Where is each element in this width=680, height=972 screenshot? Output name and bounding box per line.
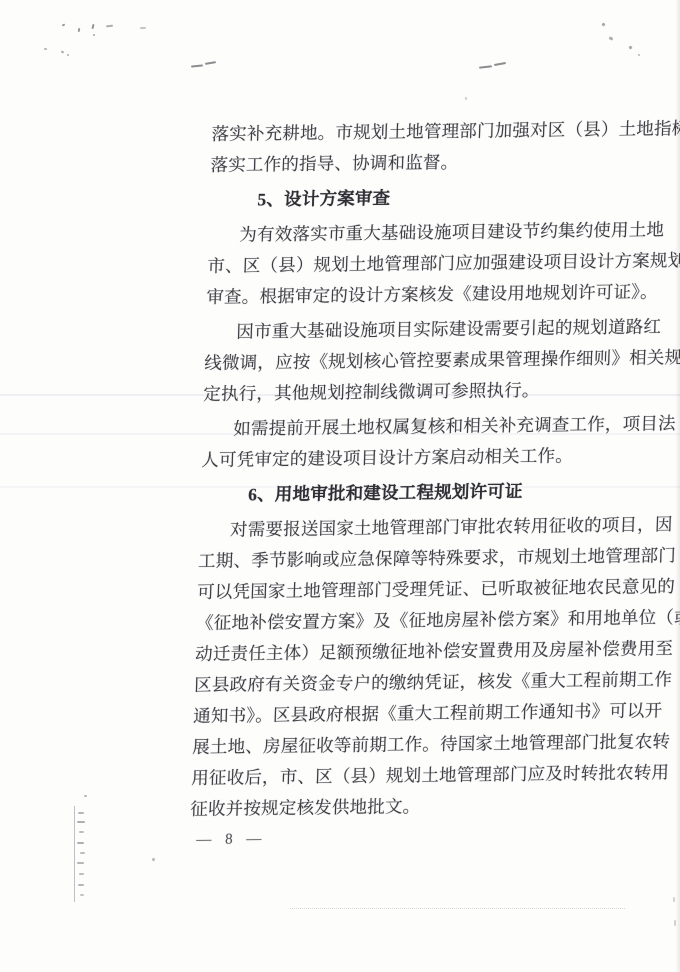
speck [93,34,95,36]
text-line: 线微调，应按《规划核心管控要素成果管理操作细则》相关规 [204,342,680,379]
bleed-mark [80,852,85,854]
text-line: 落实补充耕地。市规划土地管理部门加强对区（县）土地指标 [211,113,680,150]
pen-dash-mark [205,61,216,65]
speck [151,857,155,861]
pen-dash-mark [494,62,506,66]
bleed-mark [79,873,84,875]
bleed-mark [77,821,85,823]
speck [673,897,675,902]
speck [61,50,65,53]
bleed-mark [79,831,84,833]
speck [609,36,614,41]
page-number: — 8 — [189,819,670,855]
bleed-mark [84,795,87,797]
speck [78,28,81,32]
bleed-mark [78,812,84,814]
text-line: 人可凭审定的建设项目设计方案启动相关工作。 [201,439,680,476]
fold-line [74,806,75,902]
speck [465,97,467,100]
speck [62,24,66,27]
bleed-mark [80,894,84,896]
bleed-mark [78,884,84,886]
speck [91,24,94,29]
text-line: 用征收后，市、区（县）规划土地管理部门应及时转批农转用 [191,757,672,794]
scanned-document-page: { "colors":{ "background":"#fdfdfc", "te… [0,0,680,972]
speck [140,27,146,29]
speck [638,54,640,56]
pen-dash-mark [479,65,492,68]
speck [628,45,632,49]
speck [106,25,113,28]
pen-dash-mark [191,64,203,67]
speck [67,54,69,56]
dotted-streak [290,908,625,909]
bleed-mark [77,862,84,864]
speck [44,48,47,50]
text-line: 落实工作的指导、协调和监督。 [210,144,680,181]
document-text: 落实补充耕地。市规划土地管理部门加强对区（县）土地指标落实工作的指导、协调和监督… [189,113,680,855]
text-line: 定执行，其他规划控制线微调可参照执行。 [203,373,680,410]
heading-line: 6、用地审批和建设工程规划许可证 [200,474,680,511]
speck [601,22,605,26]
bleed-mark [77,842,84,844]
text-line: 如需提前开展土地权属复核和相关补充调查工作，项目法 [202,408,680,445]
text-line: 审查。根据审定的设计方案核发《建设用地规划许可证》。 [206,276,680,313]
speck [674,920,676,926]
heading-line: 5、设计方案审查 [209,179,680,216]
